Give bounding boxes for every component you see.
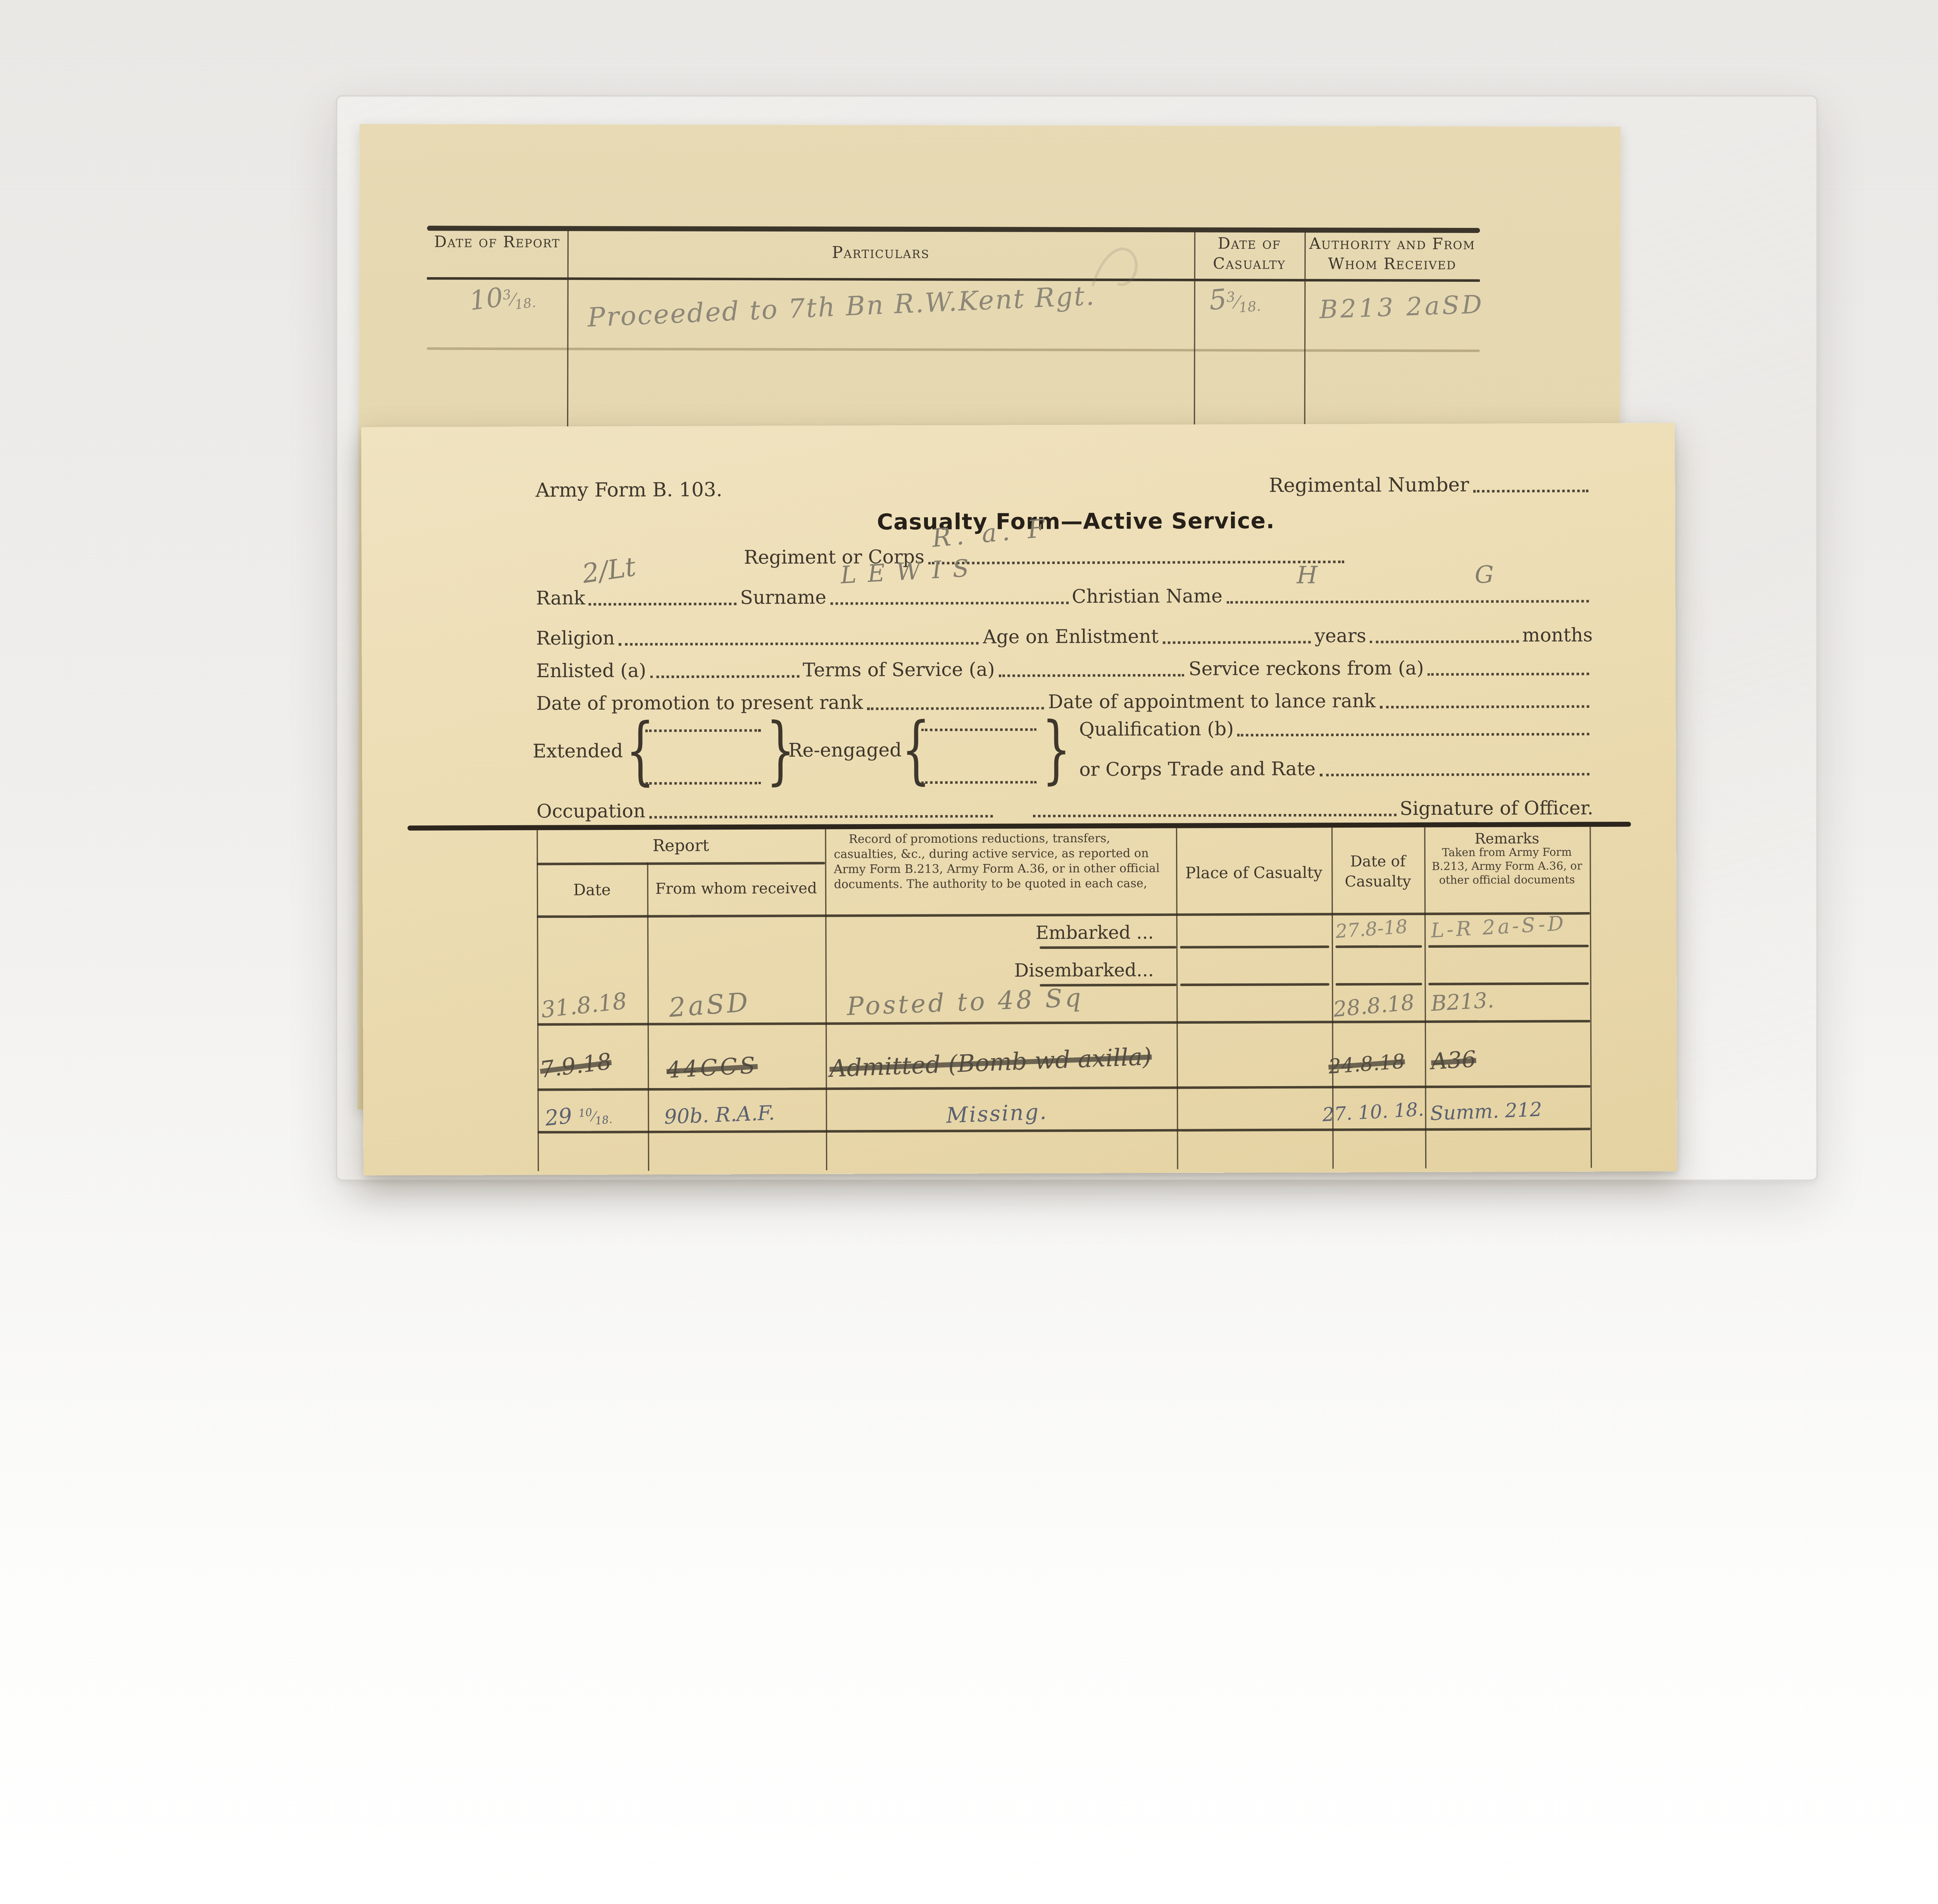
blank-line [921, 768, 1037, 784]
table-header-record: Record of promotions reductions, transfe… [834, 832, 1170, 892]
disembarked-label: Disembarked... [825, 961, 1154, 982]
hw-christian-initial-2: G [1475, 561, 1494, 589]
grid-line [538, 1085, 1591, 1090]
age-label: Age on Enlistment [983, 625, 1159, 648]
hw-row-missing-date: 29 10⁄18. [544, 1100, 613, 1133]
grid-line [1428, 982, 1589, 985]
blank-line [645, 717, 761, 732]
terms-label: Terms of Service (a) [803, 658, 995, 681]
brace-decoration: } [1042, 714, 1071, 788]
table-header-place: Place of Casualty [1176, 863, 1331, 882]
enlisted-label: Enlisted (a) [536, 659, 646, 682]
grid-line [1590, 827, 1592, 1168]
occupation-label: Occupation [536, 800, 645, 823]
section-rule [407, 822, 1631, 830]
blank-line [1319, 761, 1590, 776]
religion-label: Religion [536, 627, 615, 650]
blank-line [921, 716, 1036, 731]
blank-line [1033, 801, 1396, 817]
reengaged-label: Re-engaged [788, 739, 902, 762]
blank-line [1379, 693, 1589, 709]
column-header-authority: Authority and From Whom Received [1304, 234, 1480, 275]
hw-row-admitted-date: 7.9.18 [538, 1049, 613, 1084]
hw-row-posted-record: Posted to 48 Sq [846, 982, 1084, 1021]
grid-line [538, 1128, 1591, 1133]
years-label: years [1315, 624, 1366, 647]
blank-line [650, 662, 799, 678]
grid-line [1336, 983, 1422, 985]
table-header-report: Report [537, 837, 825, 857]
hw-row-admitted-from: 44CCS [666, 1053, 759, 1084]
grid-line [427, 226, 1480, 232]
grid-line [1424, 827, 1426, 1168]
grid-line [825, 829, 827, 1170]
grid-line [1180, 983, 1329, 985]
blank-line [1473, 477, 1589, 493]
form-number: Army Form B. 103. [536, 479, 722, 502]
blank-line [649, 802, 993, 819]
grid-line [1180, 945, 1329, 948]
grid-line [1040, 946, 1176, 949]
hw-row-admitted-casualty-date: 24.8.18 [1328, 1049, 1405, 1079]
grid-line [537, 912, 1590, 918]
hw-row-posted-remarks: B213. [1430, 988, 1495, 1017]
table-header-remarks-sub: Taken from Army Form B.213, Army Form A.… [1429, 847, 1585, 889]
blank-line [1162, 628, 1311, 644]
surname-label: Surname [740, 586, 826, 609]
blank-line [1370, 628, 1518, 643]
blank-line [1226, 587, 1589, 604]
promotion-label: Date of promotion to present rank [536, 691, 863, 715]
blank-line [589, 590, 736, 605]
grid-line [1336, 945, 1422, 948]
hw-row-posted-date: 31.8.18 [540, 988, 628, 1024]
service-reckons-label: Service reckons from (a) [1188, 657, 1424, 680]
grid-line [427, 347, 1480, 352]
hw-rank-value: 2/Lt [580, 552, 638, 589]
column-header-date-of-report: Date of Report [427, 232, 567, 253]
christian-name-label: Christian Name [1072, 585, 1222, 608]
table-header-from-whom: From whom received [647, 880, 825, 898]
hw-christian-initial-1: H [1297, 562, 1317, 590]
hw-row-missing-from: 90b. R.A.F. [664, 1101, 775, 1129]
table-header-remarks: Remarks [1424, 830, 1590, 848]
hw-casualty-date: 53⁄18. [1208, 282, 1261, 318]
casualty-form-card: Army Form B. 103. Regimental Number Casu… [361, 423, 1677, 1175]
grid-line [537, 862, 825, 864]
blank-line [1238, 720, 1589, 736]
blank-line [645, 769, 761, 785]
hw-row-posted-casualty-date: 28.8.18 [1332, 991, 1416, 1023]
table-header-date: Date [537, 880, 647, 899]
corps-trade-label: or Corps Trade and Rate [1079, 757, 1316, 781]
blank-line [830, 589, 1068, 605]
hw-embarked-date: 27.8-18 [1335, 915, 1409, 943]
signature-label: Signature of Officer. [1400, 797, 1593, 820]
hw-embarked-remarks: L-R 2a-S-D [1430, 911, 1567, 943]
hw-row-missing-casualty-date: 27. 10. 18. [1322, 1098, 1424, 1126]
qualification-label: Qualification (b) [1079, 717, 1234, 740]
blank-line [998, 661, 1185, 677]
hw-authority: B213 2aSD [1319, 289, 1485, 325]
hw-row-admitted-record: Admitted (Bomb wd axilla) [829, 1043, 1152, 1083]
hw-report-date: 103⁄18. [468, 278, 537, 318]
blank-line [1428, 660, 1589, 676]
embarked-label: Embarked ... [825, 923, 1154, 944]
hw-row-missing-record: Missing. [946, 1100, 1048, 1129]
grid-line [1428, 945, 1589, 947]
extended-label: Extended [533, 740, 623, 762]
rank-label: Rank [536, 587, 585, 610]
lance-rank-label: Date of appointment to lance rank [1048, 690, 1376, 713]
grid-line [427, 277, 1480, 281]
column-header-date-of-casualty: Date of Casualty [1194, 234, 1305, 275]
hw-row-admitted-remarks: A36 [1431, 1047, 1477, 1075]
photo-stage: Date of Report Particulars Date of Casua… [0, 0, 1938, 1311]
blank-line [867, 695, 1044, 710]
hw-row-missing-remarks: Summ. 212 [1429, 1099, 1542, 1125]
blank-line [619, 629, 979, 646]
form-title: Casualty Form—Active Service. [574, 509, 1578, 537]
grid-line [647, 862, 649, 1171]
regimental-number-label: Regimental Number [1269, 474, 1469, 497]
blank-line [928, 548, 1345, 564]
months-label: months [1522, 624, 1593, 647]
table-header-casualty-date: Date ofCasualty [1331, 852, 1424, 892]
hw-particulars: Proceeded to 7th Bn R.W.Kent Rgt. [587, 281, 1096, 333]
hw-row-posted-from: 2aSD [668, 987, 752, 1023]
